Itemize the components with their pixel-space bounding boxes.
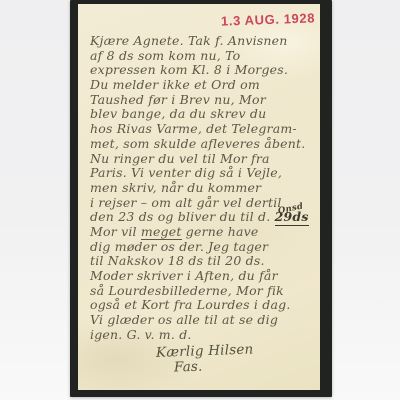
letter-line: Vi glæder os alle til at se dig (90, 313, 319, 328)
date-stamp: 1.3 AUG. 1928 (221, 10, 316, 28)
letter-line: met, som skulde afleveres åbent. (90, 137, 319, 152)
letter-line: så Lourdesbillederne, Mor fik (90, 284, 319, 299)
letter-line: Taushed før i Brev nu, Mor (90, 93, 319, 108)
letter-line: dig møder os der. Jeg tager (90, 240, 319, 255)
letter-line: igen. G. v. m. d. (90, 328, 319, 343)
letter-line-date: den 23 ds og bliver du til d. Onsd29ds (90, 210, 319, 225)
letter-line: Kjære Agnete. Tak f. Anvisnen (90, 34, 319, 49)
letter-line: men skriv, når du kommer (90, 181, 319, 196)
handwritten-letter: Kjære Agnete. Tak f. Anvisnen af 8 ds so… (90, 34, 319, 373)
underlined-word: meget (141, 224, 182, 240)
letter-line: også et Kort fra Lourdes i dag. (90, 298, 319, 313)
letter-line: Moder skriver i Aften, du får (90, 269, 319, 284)
letter-line: Paris. Vi venter dig så i Vejle, (90, 166, 319, 181)
postcard-frame: 1.3 AUG. 1928 Kjære Agnete. Tak f. Anvis… (70, 0, 332, 397)
date-line-text: den 23 ds og bliver du til d. (90, 209, 275, 224)
postcard: 1.3 AUG. 1928 Kjære Agnete. Tak f. Anvis… (78, 4, 320, 390)
letter-line: til Nakskov 18 ds til 20 ds. (90, 254, 319, 269)
letter-line: expressen kom Kl. 8 i Morges. (90, 63, 319, 78)
letter-line: hos Rivas Varme, det Telegram- (90, 122, 319, 137)
letter-line: Nu ringer du vel til Mor fra (90, 152, 319, 167)
letter-line-emphasis: Mor vil meget gerne have (90, 225, 319, 240)
letter-line: Du melder ikke et Ord om (90, 78, 319, 93)
letter-signature: Fas. (174, 356, 319, 376)
letter-line: af 8 ds som kom nu, To (90, 49, 319, 64)
letter-line: blev bange, da du skrev du (90, 107, 319, 122)
